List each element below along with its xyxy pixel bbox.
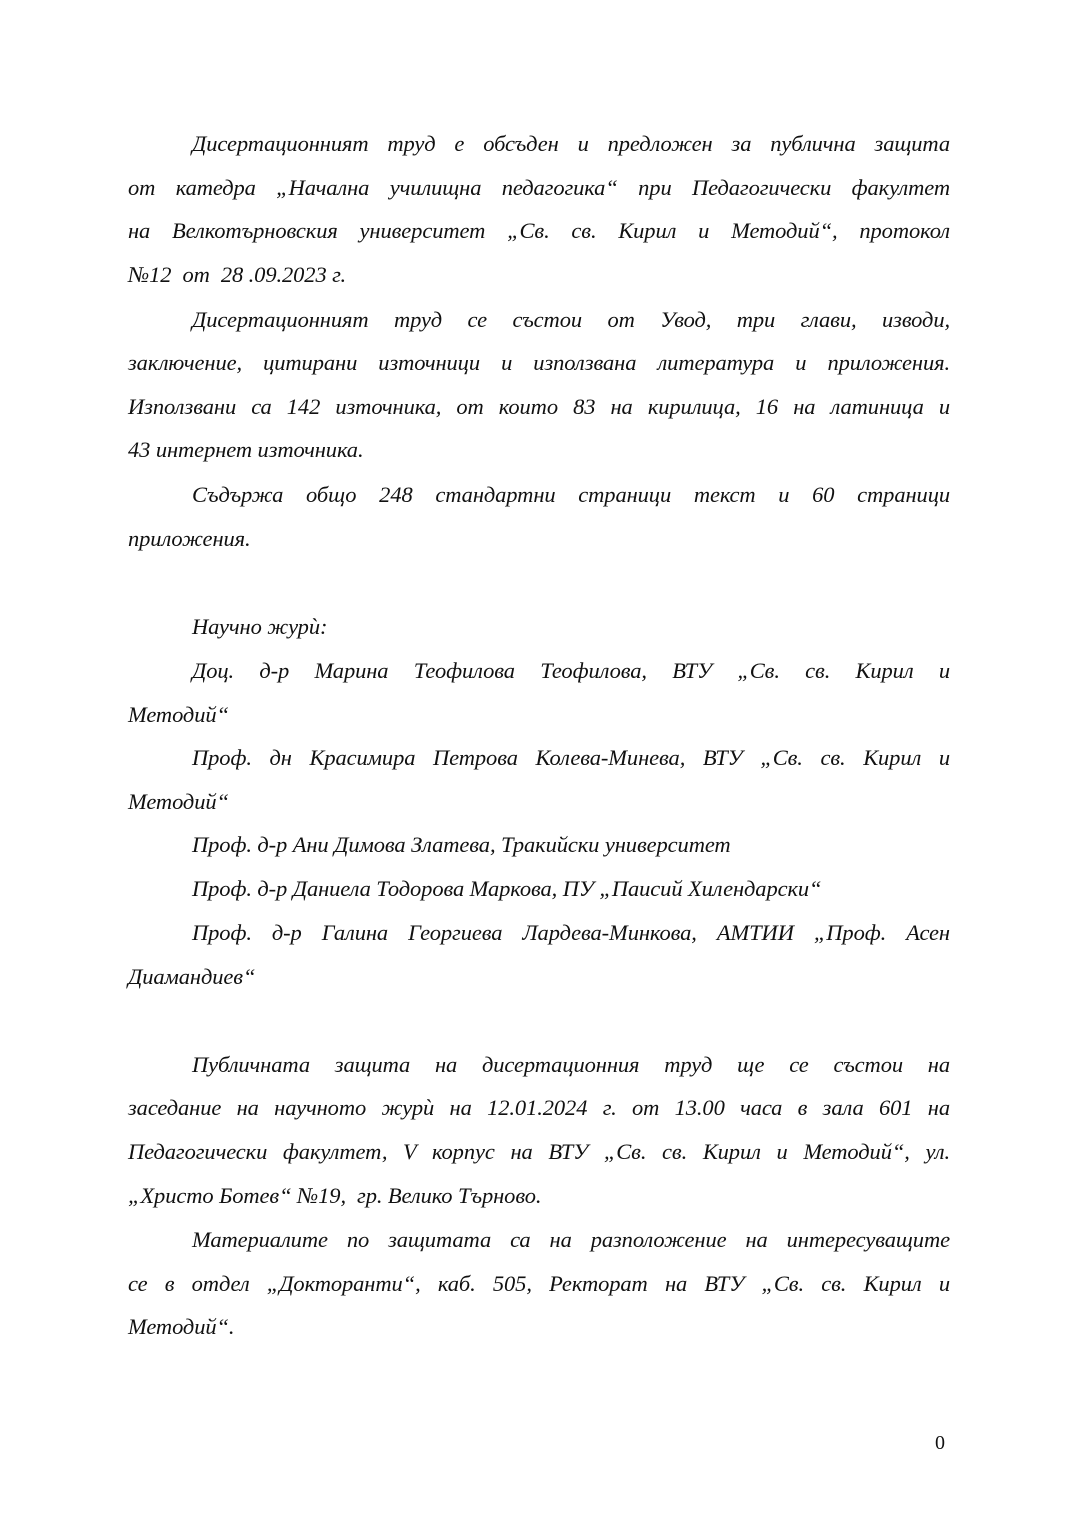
text-line: на Велкотърновския университет „Св. св. … (128, 216, 950, 246)
text-line: Диамандиев“ (128, 962, 950, 992)
text-line: Методий“. (128, 1312, 950, 1342)
text-line: „Христо Ботев“ №19, гр. Велико Търново. (128, 1181, 950, 1211)
text-line: се в отдел „Докторанти“, каб. 505, Ректо… (128, 1269, 950, 1299)
text-line: Материалите по защитата са на разположен… (192, 1225, 950, 1255)
text-line: Проф. дн Красимира Петрова Колева-Минева… (192, 743, 950, 773)
jury-heading: Научно журѝ: (192, 612, 950, 642)
text-line: Използвани са 142 източника, от които 83… (128, 392, 950, 422)
text-line: заключение, цитирани източници и използв… (128, 348, 950, 378)
text-line: Методий“ (128, 787, 950, 817)
page-number: 0 (935, 1432, 945, 1455)
text-line: Проф. д-р Ани Димова Златева, Тракийски … (192, 830, 950, 860)
text-line: приложения. (128, 524, 950, 554)
text-line: 43 интернет източника. (128, 435, 950, 465)
text-line: Дисертационният труд се състои от Увод, … (192, 305, 950, 335)
text-line: Педагогически факултет, V корпус на ВТУ … (128, 1137, 950, 1167)
text-line: №12 от 28 .09.2023 г. (128, 260, 950, 290)
text-line: Методий“ (128, 700, 950, 730)
text-line: Проф. д-р Галина Георгиева Лардева-Минко… (192, 918, 950, 948)
text-line: Съдържа общо 248 стандартни страници тек… (192, 480, 950, 510)
document-page: Дисертационният труд е обсъден и предлож… (0, 0, 1080, 1528)
text-line: Проф. д-р Даниела Тодорова Маркова, ПУ „… (192, 874, 950, 904)
text-line: заседание на научното журѝ на 12.01.2024… (128, 1093, 950, 1123)
text-line: от катедра „Начална училищна педагогика“… (128, 173, 950, 203)
text-line: Дисертационният труд е обсъден и предлож… (192, 129, 950, 159)
text-line: Публичната защита на дисертационния труд… (192, 1050, 950, 1080)
text-line: Доц. д-р Марина Теофилова Теофилова, ВТУ… (192, 656, 950, 686)
